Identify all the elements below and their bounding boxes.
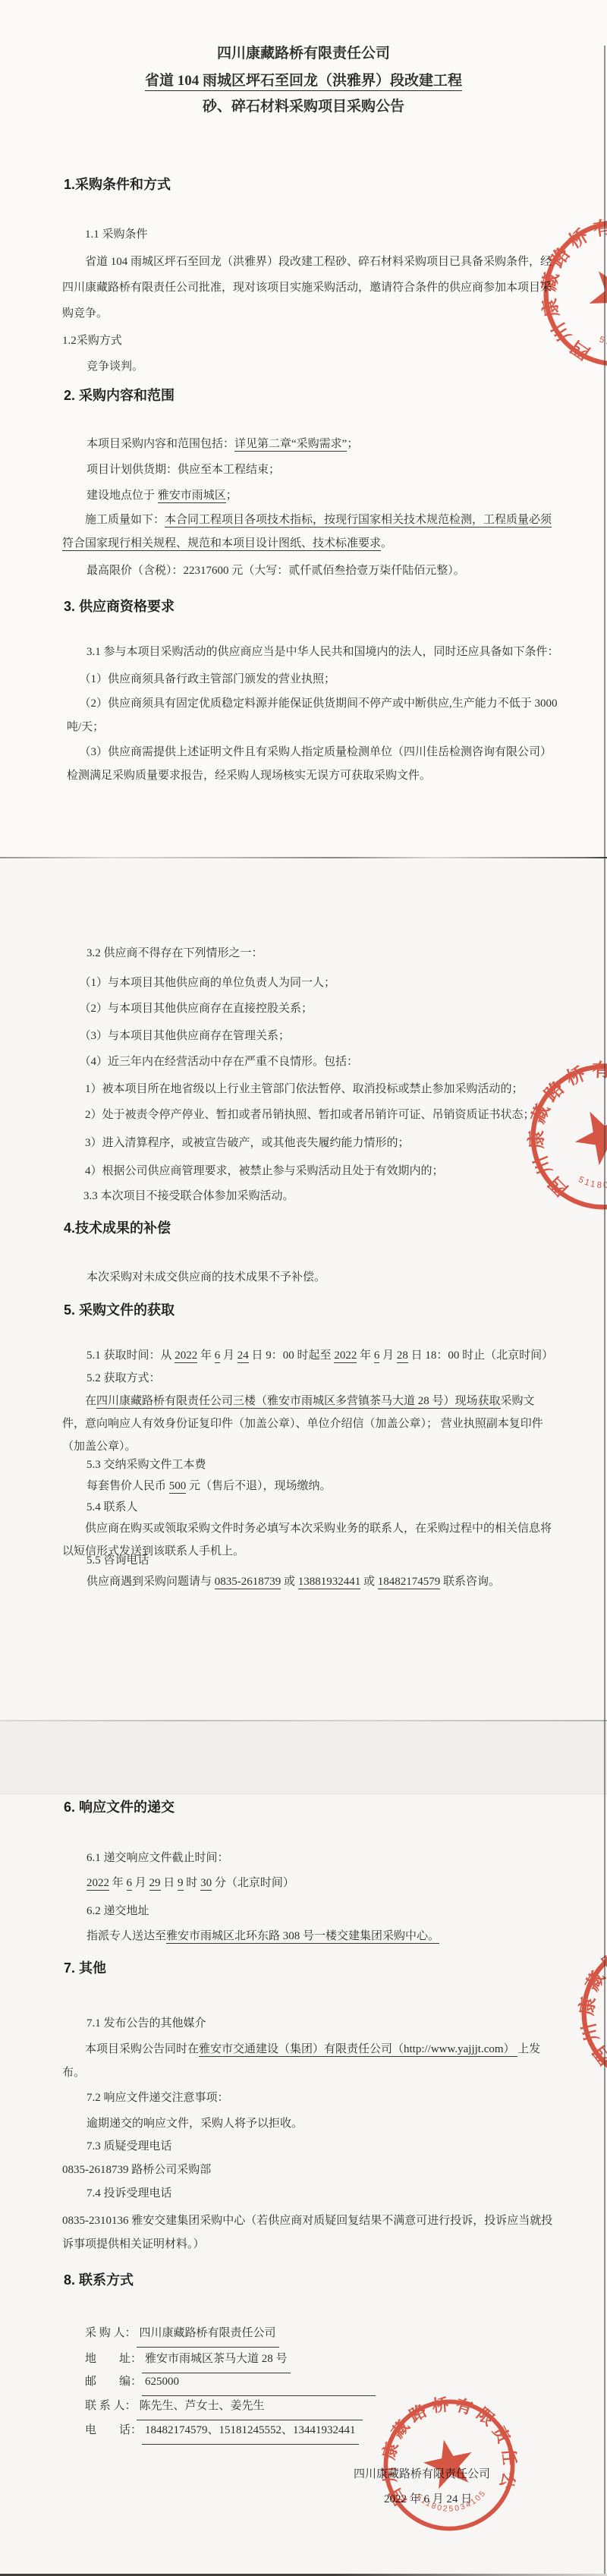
page-2: 3.2 供应商不得存在下列情形之一： （1）与本项目其他供应商的单位负责人为同一…: [0, 858, 607, 1721]
subitem-3-2-4: 4）根据公司供应商管理要求，被禁止参与采购活动且处于有效期内的；: [62, 1158, 569, 1184]
para-7-1-media: 本项目采购公告同时在雅安市交通建设（集团）有限责任公司（http://www.y…: [62, 2038, 557, 2085]
heading-1-2: 1.2采购方式: [62, 328, 122, 354]
item-3-1-3: （3）供应商需提供上述证明文件且有采购人指定质量检测单位（四川佳岳检测咨询有限公…: [67, 741, 561, 788]
para-3-1-lead: 3.1 参与本项目采购活动的供应商应当是中华人民共和国境内的法人，同时还应具备如…: [86, 639, 559, 665]
item-3-2-3: （3）与本项目其他供应商存在管理关系；: [67, 1023, 568, 1049]
para-6-2-address: 指派专人送达至雅安市雨城区北环东路 308 号一楼交建集团采购中心。: [86, 1925, 439, 1948]
item-3-1-1: （1）供应商须具备行政主管部门颁发的营业执照；: [67, 666, 560, 692]
item-3-2-1: （1）与本项目其他供应商的单位负责人为同一人；: [67, 970, 568, 996]
para-2-maxprice: 最高限价（含税）：22317600 元（大写：贰仟贰佰叁拾壹万柒仟陆佰元整）。: [86, 558, 465, 584]
heading-7-1: 7.1 发布公告的其他媒介: [86, 2012, 206, 2036]
scan-shadow-band: [0, 1721, 607, 1794]
partial-seal-stamp-3: 四川康藏路桥有限责任公司 5118025034105: [552, 1910, 607, 2115]
heading-6-1: 6.1 递交响应文件截止时间：: [86, 1847, 229, 1870]
seal-serial-text: 5118025034105: [414, 2479, 491, 2521]
company-seal-stamp: 四川康藏路桥有限责任公司 5118025034105: [363, 2379, 534, 2550]
heading-7-4: 7.4 投诉受理电话: [86, 2182, 172, 2206]
heading-section-5: 5. 采购文件的获取: [64, 1300, 175, 1320]
para-1-2: 竞争谈判。: [86, 354, 143, 379]
para-7-3: 0835-2618739 路桥公司采购部: [62, 2159, 211, 2182]
heading-section-8: 8. 联系方式: [64, 2270, 134, 2290]
contact-row-zipcode: 邮 编：625000: [85, 2369, 376, 2396]
heading-section-1: 1.采购条件和方式: [64, 175, 171, 194]
heading-section-6: 6. 响应文件的递交: [64, 1797, 175, 1817]
heading-section-7: 7. 其他: [64, 1958, 106, 1978]
heading-5-5: 5.5 咨询电话: [86, 1549, 149, 1572]
heading-1-1: 1.1 采购条件: [62, 222, 555, 247]
partial-seal-stamp-1: 四川康藏路桥有限责任公司 5118025034105: [505, 182, 607, 406]
heading-5-3: 5.3 交纳采购文件工本费: [86, 1453, 206, 1476]
para-5-2: 在四川康藏路桥有限责任公司三楼（雅安市雨城区多营镇茶马大道 28 号）现场获取采…: [62, 1390, 557, 1458]
page-3: 6. 响应文件的递交 6.1 递交响应文件截止时间： 2022 年 6 月 29…: [0, 1721, 607, 2576]
doc-title-project: 省道 104 雨城区坪石至回龙（洪雅界）段改建工程: [0, 70, 607, 93]
subitem-3-2-3: 3）进入清算程序，或被宣告破产，或其他丧失履约能力情形的；: [62, 1130, 569, 1156]
contact-row-phone: 电 话：18482174579、15181245552、13441932441: [85, 2417, 359, 2445]
para-4: 本次采购对未成交供应商的技术成果不予补偿。: [86, 1264, 326, 1290]
heading-section-4: 4.技术成果的补偿: [64, 1218, 171, 1238]
para-7-4: 0835-2310136 雅安交建集团采购中心（若供应商对质疑回复结果不满意可进…: [62, 2209, 560, 2256]
para-2-quality: 施工质量如下：本合同工程项目各项技术指标，按现行国家相关技术规范检测，工程质量必…: [62, 509, 555, 556]
para-3-2-lead: 3.2 供应商不得存在下列情形之一：: [86, 940, 263, 966]
heading-6-2: 6.2 递交地址: [86, 1900, 149, 1923]
scan-edge-right: [604, 46, 605, 2576]
para-5-3: 每套售价人民币 500 元（售后不退），现场缴纳。: [86, 1475, 332, 1497]
para-2-location: 建设地点位于 雅安市雨城区；: [86, 483, 237, 509]
page-break-shadow-1: [0, 857, 607, 858]
para-1-1: 省道 104 雨城区坪石至回龙（洪雅界）段改建工程砂、碎石材料采购项目已具备采购…: [62, 249, 554, 326]
doc-title-type: 砂、碎石材料采购项目采购公告: [0, 96, 607, 118]
page-1: 四川康藏路桥有限责任公司 省道 104 雨城区坪石至回龙（洪雅界）段改建工程 砂…: [0, 0, 607, 858]
para-3-3: 3.3 本次项目不接受联合体参加采购活动。: [83, 1183, 294, 1209]
heading-section-3: 3. 供应商资格要求: [64, 597, 175, 616]
para-5-5: 供应商遇到采购问题请与 0835-2618739 或 13881932441 或…: [86, 1570, 500, 1593]
para-7-2: 逾期递交的响应文件，采购人将予以拒收。: [86, 2112, 303, 2136]
item-3-2-2: （2）与本项目其他供应商存在直接控股关系；: [67, 996, 568, 1022]
heading-5-2: 5.2 获取方式：: [86, 1367, 161, 1390]
heading-7-3: 7.3 质疑受理电话: [86, 2135, 172, 2159]
subitem-3-2-2: 2）处于被责令停产停业、暂扣或者吊销执照、暂扣或者吊销许可证、吊销资质证书状态；: [62, 1102, 569, 1128]
page-break-shadow-2: [0, 1720, 607, 1721]
subitem-3-2-1: 1）被本项目所在地省级以上行业主管部门依法暂停、取消投标或禁止参加采购活动的；: [62, 1076, 569, 1102]
item-3-2-4: （4）近三年内在经营活动中存在严重不良情形。包括：: [67, 1049, 568, 1075]
para-2-scope: 本项目采购内容和范围包括：详见第二章“采购需求”；: [86, 431, 358, 457]
procurement-announcement-scan: 四川康藏路桥有限责任公司 省道 104 雨城区坪石至回龙（洪雅界）段改建工程 砂…: [0, 0, 607, 2576]
para-2-period: 项目计划供货期：供应至本工程结束；: [86, 457, 280, 483]
heading-7-2: 7.2 响应文件递交注意事项：: [86, 2086, 229, 2110]
doc-title-company: 四川康藏路桥有限责任公司: [0, 43, 607, 65]
svg-text:5118025034105: 5118025034105: [414, 2479, 491, 2521]
heading-section-2: 2. 采购内容和范围: [64, 386, 175, 405]
para-6-1-deadline: 2022 年 6 月 29 日 9 时 30 分（北京时间）: [86, 1872, 294, 1895]
item-3-1-2: （2）供应商须具有固定优质稳定料源并能保证供货期间不停产或中断供应,生产能力不低…: [67, 692, 564, 739]
contact-row-buyer: 采 购 人：四川康藏路桥有限责任公司: [85, 2320, 279, 2348]
contact-row-person: 联 系 人：陈先生、芦女士、姜先生: [85, 2393, 363, 2420]
heading-5-4: 5.4 联系人: [86, 1496, 138, 1519]
para-5-1-time: 5.1 获取时间：从 2022 年 6 月 24 日 9：00 时起至 2022…: [86, 1344, 553, 1367]
